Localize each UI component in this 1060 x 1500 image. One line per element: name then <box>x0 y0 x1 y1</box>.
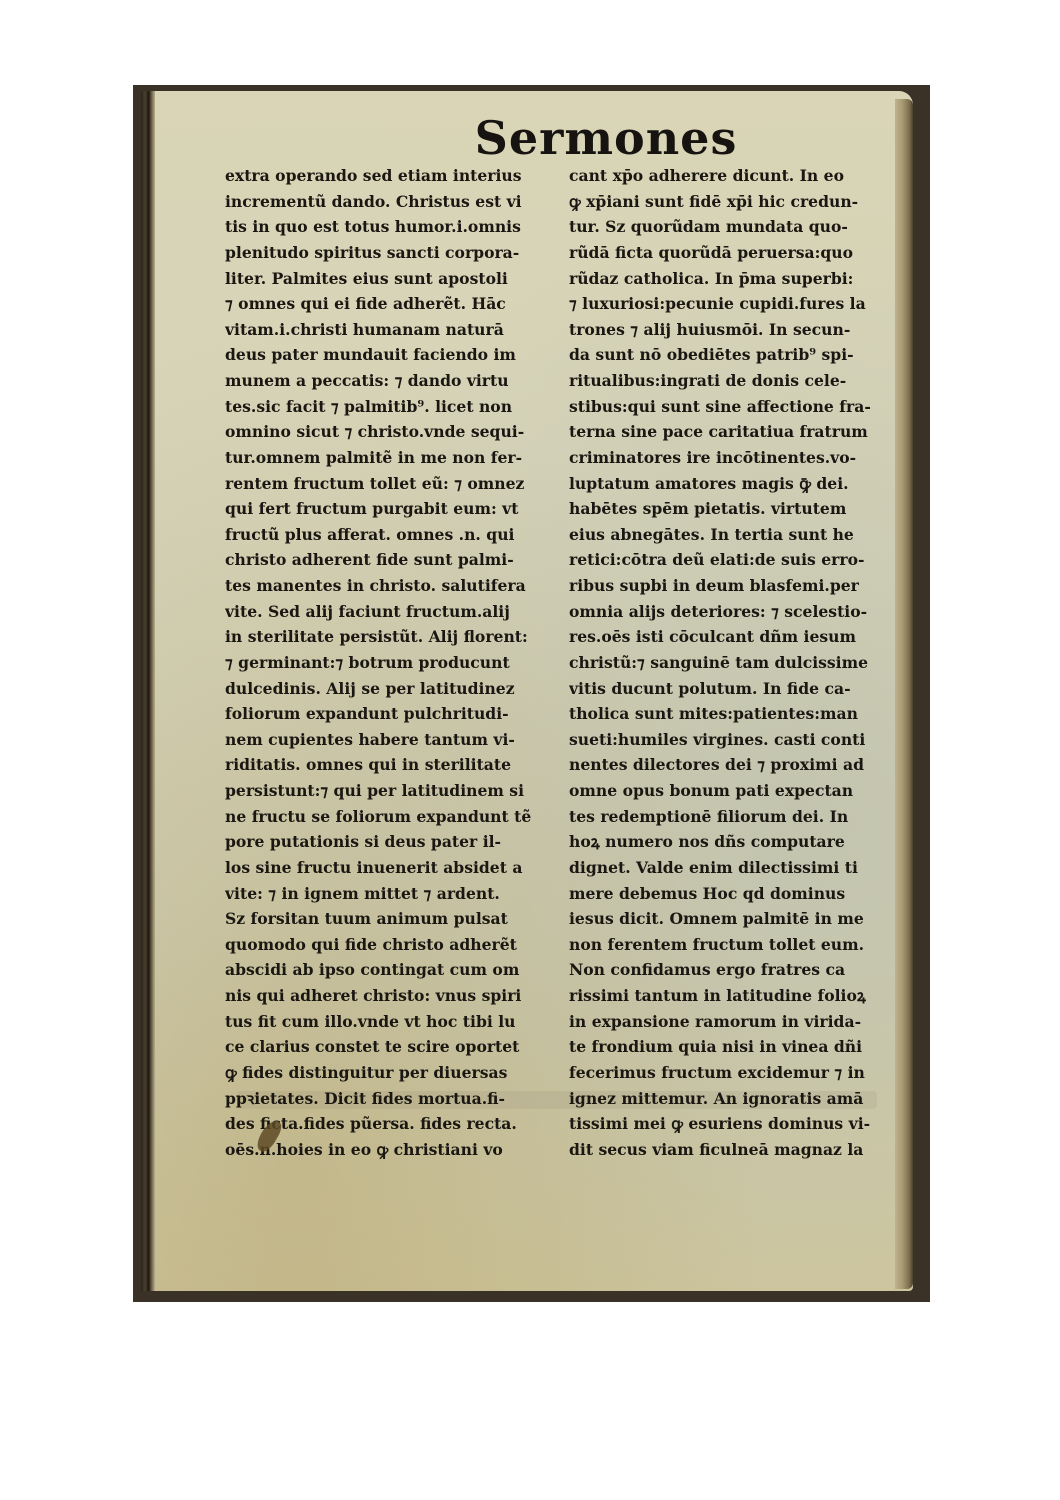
text-line: sueti:humiles virgines. casti conti <box>569 727 881 753</box>
text-line: ribus supbi in deum blasfemi.per <box>569 573 881 599</box>
page-fore-edge <box>895 99 913 1289</box>
text-line: Non confidamus ergo fratres ca <box>569 957 881 983</box>
text-line: hoꝝ numero nos dñs computare <box>569 829 881 855</box>
text-line: quomodo qui fide christo adherẽt <box>225 932 555 958</box>
text-line: tes.sic facit ⁊ palmitib⁹. licet non <box>225 394 555 420</box>
text-line: ꝙ fides distinguitur per diuersas <box>225 1060 555 1086</box>
text-line: qui fert fructum purgabit eum: vt <box>225 496 555 522</box>
text-line: riditatis. omnes qui in sterilitate <box>225 752 555 778</box>
text-line: rentem fructum tollet eũ: ⁊ omnez <box>225 471 555 497</box>
text-line: ne fructu se foliorum expandunt tẽ <box>225 804 555 830</box>
text-line: extra operando sed etiam interius <box>225 163 555 189</box>
text-line: tur. Sz quorũdam mundata quo- <box>569 214 881 240</box>
text-line: fructũ plus afferat. omnes .n. qui <box>225 522 555 548</box>
text-line: habētes spēm pietatis. virtutem <box>569 496 881 522</box>
text-line: pore putationis si deus pater il- <box>225 829 555 855</box>
text-line: ppꝛietates. Dicit fides mortua.fi- <box>225 1086 555 1112</box>
text-line: christũ:⁊ sanguinē tam dulcissime <box>569 650 881 676</box>
text-line: rũdaz catholica. In p̄ma superbi: <box>569 266 881 292</box>
text-line: vite: ⁊ in ignem mittet ⁊ ardent. <box>225 881 555 907</box>
text-line: vite. Sed alij faciunt fructum.alij <box>225 599 555 625</box>
text-line: deus pater mundauit faciendo im <box>225 342 555 368</box>
text-line: vitam.i.christi humanam naturā <box>225 317 555 343</box>
text-column-left: extra operando sed etiam interiusincreme… <box>225 163 555 1162</box>
text-line: trones ⁊ alij huiusmōi. In secun- <box>569 317 881 343</box>
text-line: tis in quo est totus humor.i.omnis <box>225 214 555 240</box>
text-line: eius abnegātes. In tertia sunt he <box>569 522 881 548</box>
text-line: stibus:qui sunt sine affectione fra- <box>569 394 881 420</box>
text-line: ce clarius constet te scire oportet <box>225 1034 555 1060</box>
text-line: res.oēs isti cōculcant dñm iesum <box>569 624 881 650</box>
scanned-page-image: Sermones extra operando sed etiam interi… <box>133 85 930 1302</box>
text-line: abscidi ab ipso contingat cum om <box>225 957 555 983</box>
text-line: dignet. Valde enim dilectissimi ti <box>569 855 881 881</box>
text-line: tholica sunt mites:patientes:man <box>569 701 881 727</box>
text-line: omne opus bonum pati expectan <box>569 778 881 804</box>
text-line: fecerimus fructum excidemur ⁊ in <box>569 1060 881 1086</box>
text-line: nis qui adheret christo: vnus spiri <box>225 983 555 1009</box>
text-line: munem a peccatis: ⁊ dando virtu <box>225 368 555 394</box>
text-line: ⁊ omnes qui ei fide adherẽt. Hāc <box>225 291 555 317</box>
text-column-right: cant xp̄o adherere dicunt. In eoꝙ xp̄ian… <box>569 163 881 1162</box>
text-line: tur.omnem palmitẽ in me non fer- <box>225 445 555 471</box>
book-spine-edge <box>141 91 155 1291</box>
text-line: mere debemus Hoc qd dominus <box>569 881 881 907</box>
text-line: tissimi mei ꝙ esuriens dominus vi- <box>569 1111 881 1137</box>
text-line: te frondium quia nisi in vinea dñi <box>569 1034 881 1060</box>
text-line: criminatores ire incōtinentes.vo- <box>569 445 881 471</box>
text-line: non ferentem fructum tollet eum. <box>569 932 881 958</box>
text-line: ⁊ germinant:⁊ botrum producunt <box>225 650 555 676</box>
text-line: tes manentes in christo. salutifera <box>225 573 555 599</box>
text-line: persistunt:⁊ qui per latitudinem si <box>225 778 555 804</box>
text-line: los sine fructu inuenerit absidet a <box>225 855 555 881</box>
text-line: rissimi tantum in latitudine folioꝝ <box>569 983 881 1009</box>
text-line: foliorum expandunt pulchritudi- <box>225 701 555 727</box>
book-page: Sermones extra operando sed etiam interi… <box>141 91 913 1291</box>
text-line: plenitudo spiritus sancti corpora- <box>225 240 555 266</box>
text-line: luptatum amatores magis ꝙ̄ dei. <box>569 471 881 497</box>
running-title: Sermones <box>141 111 931 165</box>
text-line: christo adherent fide sunt palmi- <box>225 547 555 573</box>
text-line: nem cupientes habere tantum vi- <box>225 727 555 753</box>
text-line: vitis ducunt polutum. In fide ca- <box>569 676 881 702</box>
text-line: rũdā ficta quorũdā peruersa:quo <box>569 240 881 266</box>
text-line: dulcedinis. Alij se per latitudinez <box>225 676 555 702</box>
text-line: ꝙ xp̄iani sunt fidē xp̄i hic credun- <box>569 189 881 215</box>
text-line: Sz forsitan tuum animum pulsat <box>225 906 555 932</box>
text-line: in sterilitate persistũt. Alij florent: <box>225 624 555 650</box>
text-line: retici:cōtra deũ elati:de suis erro- <box>569 547 881 573</box>
text-line: omnino sicut ⁊ christo.vnde sequi- <box>225 419 555 445</box>
text-line: terna sine pace caritatiua fratrum <box>569 419 881 445</box>
text-line: tes redemptionē filiorum dei. In <box>569 804 881 830</box>
text-line: ⁊ luxuriosi:pecunie cupidi.fures la <box>569 291 881 317</box>
text-line: nentes dilectores dei ⁊ proximi ad <box>569 752 881 778</box>
text-line: iesus dicit. Omnem palmitē in me <box>569 906 881 932</box>
text-line: da sunt nō obediētes patrib⁹ spi- <box>569 342 881 368</box>
text-line: dit secus viam ficulneā magnaz la <box>569 1137 881 1163</box>
text-line: in expansione ramorum in virida- <box>569 1009 881 1035</box>
text-line: ignez mittemur. An ignoratis amā <box>569 1086 881 1112</box>
text-line: incrementũ dando. Christus est vi <box>225 189 555 215</box>
text-line: cant xp̄o adherere dicunt. In eo <box>569 163 881 189</box>
text-line: ritualibus:ingrati de donis cele- <box>569 368 881 394</box>
text-line: omnia alijs deteriores: ⁊ scelestio- <box>569 599 881 625</box>
text-line: tus fit cum illo.vnde vt hoc tibi lu <box>225 1009 555 1035</box>
text-line: liter. Palmites eius sunt apostoli <box>225 266 555 292</box>
